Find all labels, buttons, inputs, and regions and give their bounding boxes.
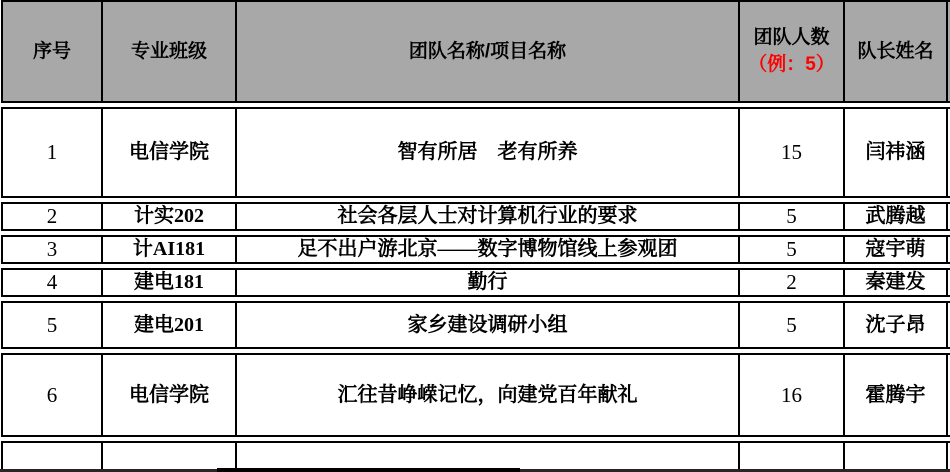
cell-index: 5 [3, 303, 103, 347]
cell-leader: 寇宇萌 [845, 237, 948, 262]
cell-class: 电信学院 [103, 109, 237, 196]
header-label-leader: 队长姓名 [857, 40, 933, 64]
cell-team [237, 443, 740, 469]
cell-size [740, 443, 845, 469]
cell-index: 3 [3, 237, 103, 262]
table-row: 2 计实202 社会各层人士对计算机行业的要求 5 武腾越 [1, 202, 950, 231]
table-row: 6 电信学院 汇往昔峥嵘记忆，向建党百年献礼 16 霍腾宇 [1, 353, 950, 437]
cell-index: 2 [3, 204, 103, 229]
cell-class: 电信学院 [103, 355, 237, 435]
table-row: 1 电信学院 智有所居 老有所养 15 闫祎涵 [1, 107, 950, 198]
header-sublabel-size-example: （例：5） [748, 53, 835, 77]
bottom-edge-bar-dark-segment [217, 468, 520, 472]
cell-index: 4 [3, 270, 103, 295]
cell-team: 勤行 [237, 270, 740, 295]
cell-team: 汇往昔峥嵘记忆，向建党百年献礼 [237, 355, 740, 435]
header-label-size: 团队人数 [753, 26, 829, 50]
table-body: 1 电信学院 智有所居 老有所养 15 闫祎涵 2 计实202 社会各层人士对计… [1, 107, 950, 471]
cell-size: 16 [740, 355, 845, 435]
cell-team: 足不出户游北京——数字博物馆线上参观团 [237, 237, 740, 262]
cell-size: 2 [740, 270, 845, 295]
cell-leader [845, 443, 948, 469]
cell-size: 5 [740, 204, 845, 229]
cell-leader: 武腾越 [845, 204, 948, 229]
header-cell-size: 团队人数 （例：5） [740, 2, 845, 101]
table-row: 5 建电201 家乡建设调研小组 5 沈子昂 [1, 301, 950, 349]
teams-table: 序号 专业班级 团队名称/项目名称 团队人数 （例：5） 队长姓名 1 电信学院… [1, 0, 950, 472]
table-row [1, 441, 950, 471]
header-cell-index: 序号 [3, 2, 103, 101]
cell-leader: 秦建发 [845, 270, 948, 295]
table-header-row: 序号 专业班级 团队名称/项目名称 团队人数 （例：5） 队长姓名 [1, 0, 950, 103]
table-row: 3 计AI181 足不出户游北京——数字博物馆线上参观团 5 寇宇萌 [1, 235, 950, 264]
screenshot-root: 序号 专业班级 团队名称/项目名称 团队人数 （例：5） 队长姓名 1 电信学院… [0, 0, 950, 472]
header-label-team: 团队名称/项目名称 [409, 40, 566, 64]
cell-class: 计AI181 [103, 237, 237, 262]
cell-class: 建电181 [103, 270, 237, 295]
cell-index: 6 [3, 355, 103, 435]
cell-class: 建电201 [103, 303, 237, 347]
cell-team: 智有所居 老有所养 [237, 109, 740, 196]
cell-class: 计实202 [103, 204, 237, 229]
cell-leader: 沈子昂 [845, 303, 948, 347]
header-label-class: 专业班级 [131, 40, 207, 64]
cell-index: 1 [3, 109, 103, 196]
table-row: 4 建电181 勤行 2 秦建发 [1, 268, 950, 297]
header-cell-team: 团队名称/项目名称 [237, 2, 740, 101]
cell-index [3, 443, 103, 469]
cell-size: 5 [740, 237, 845, 262]
cell-size: 5 [740, 303, 845, 347]
cell-class [103, 443, 237, 469]
cell-team: 社会各层人士对计算机行业的要求 [237, 204, 740, 229]
cell-leader: 闫祎涵 [845, 109, 948, 196]
cell-team: 家乡建设调研小组 [237, 303, 740, 347]
header-cell-class: 专业班级 [103, 2, 237, 101]
header-label-index: 序号 [33, 40, 71, 64]
cell-size: 15 [740, 109, 845, 196]
header-cell-leader: 队长姓名 [845, 2, 948, 101]
cell-leader: 霍腾宇 [845, 355, 948, 435]
